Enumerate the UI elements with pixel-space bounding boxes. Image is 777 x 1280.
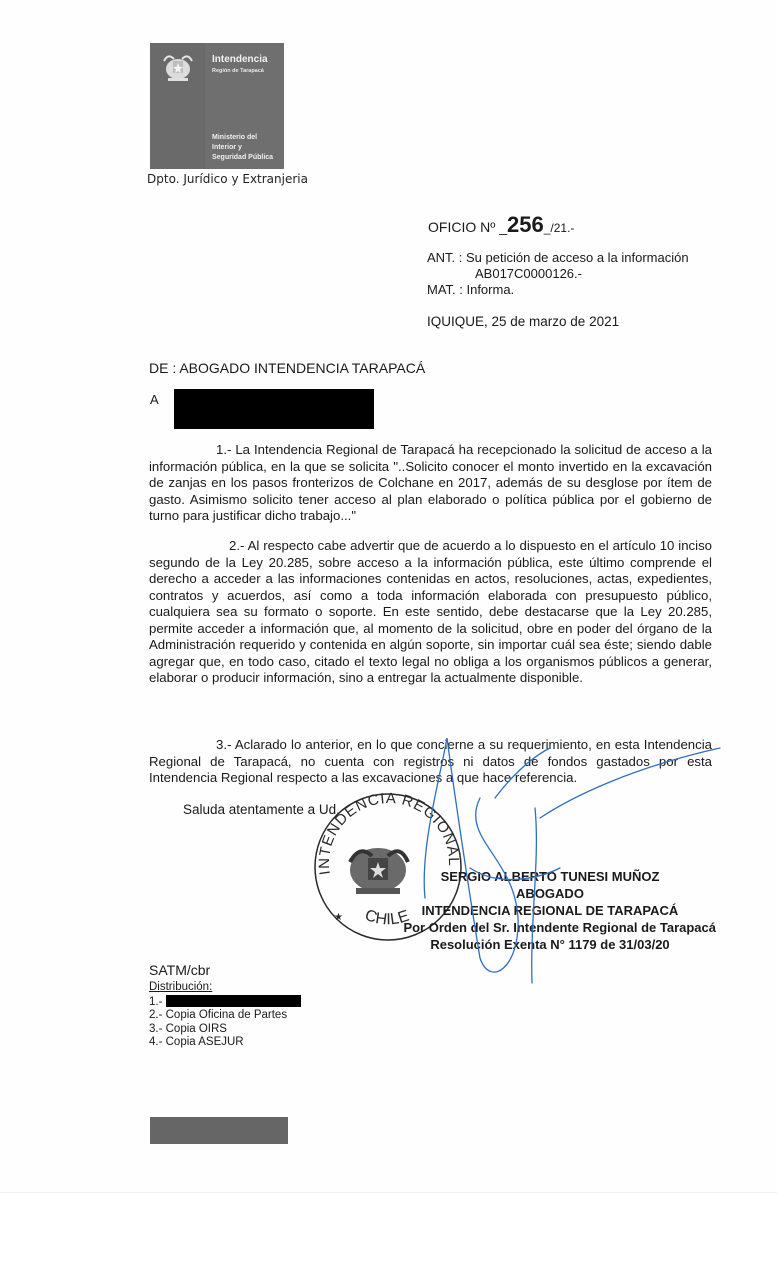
footer-logo-bar bbox=[150, 1117, 288, 1144]
distribution-label: Distribución: bbox=[149, 981, 301, 995]
letterhead-logo: Intendencia Región de Tarapacá Ministeri… bbox=[150, 43, 284, 169]
signer-authority: Por Orden del Sr. Intendente Regional de… bbox=[380, 919, 720, 936]
distribution-list: Distribución: 1.- 2.- Copia Oficina de P… bbox=[149, 981, 301, 1050]
letterhead-institution: Intendencia bbox=[212, 54, 268, 65]
department-name: Dpto. Jurídico y Extranjeria bbox=[147, 172, 308, 186]
redacted-distribution bbox=[166, 995, 301, 1007]
ant-code: AB017C0000126.- bbox=[427, 266, 689, 282]
distribution-item: 3.- Copia OIRS bbox=[149, 1023, 301, 1037]
signature-block: SERGIO ALBERTO TUNESI MUÑOZ ABOGADO INTE… bbox=[380, 868, 720, 953]
document-page: Intendencia Región de Tarapacá Ministeri… bbox=[0, 0, 777, 1193]
signer-resolution: Resolución Exenta N° 1179 de 31/03/20 bbox=[380, 936, 720, 953]
paragraph-3: 3.- Aclarado lo anterior, en lo que conc… bbox=[149, 737, 712, 787]
ant-line: ANT. : Su petición de acceso a la inform… bbox=[427, 250, 689, 265]
signer-institution: INTENDENCIA REGIONAL DE TARAPACÁ bbox=[380, 902, 720, 919]
oficio-number: OFICIO Nº _256_/21.- bbox=[428, 212, 574, 238]
distribution-item: 1.- bbox=[149, 995, 301, 1010]
distribution-item: 4.- Copia ASEJUR bbox=[149, 1036, 301, 1050]
from-line: DE : ABOGADO INTENDENCIA TARAPACÁ bbox=[149, 360, 425, 376]
signer-name: SERGIO ALBERTO TUNESI MUÑOZ bbox=[380, 868, 720, 885]
reference-block: ANT. : Su petición de acceso a la inform… bbox=[427, 250, 689, 298]
letterhead-region: Región de Tarapacá bbox=[212, 68, 264, 74]
letterhead-ministry: Ministerio del Interior y Seguridad Públ… bbox=[212, 133, 273, 163]
chile-coat-of-arms-icon bbox=[158, 51, 198, 83]
redacted-recipient bbox=[174, 389, 374, 429]
to-label: A bbox=[150, 392, 159, 407]
paragraph-1: 1.- La Intendencia Regional de Tarapacá … bbox=[149, 442, 712, 525]
signer-title: ABOGADO bbox=[380, 885, 720, 902]
paragraph-2: 2.- Al respecto cabe advertir que de acu… bbox=[149, 538, 712, 687]
place-date: IQUIQUE, 25 de marzo de 2021 bbox=[427, 314, 619, 329]
mat-line: MAT. : Informa. bbox=[427, 282, 514, 297]
svg-text:★: ★ bbox=[334, 912, 343, 923]
reference-initials: SATM/cbr bbox=[149, 962, 210, 978]
distribution-item: 2.- Copia Oficina de Partes bbox=[149, 1009, 301, 1023]
